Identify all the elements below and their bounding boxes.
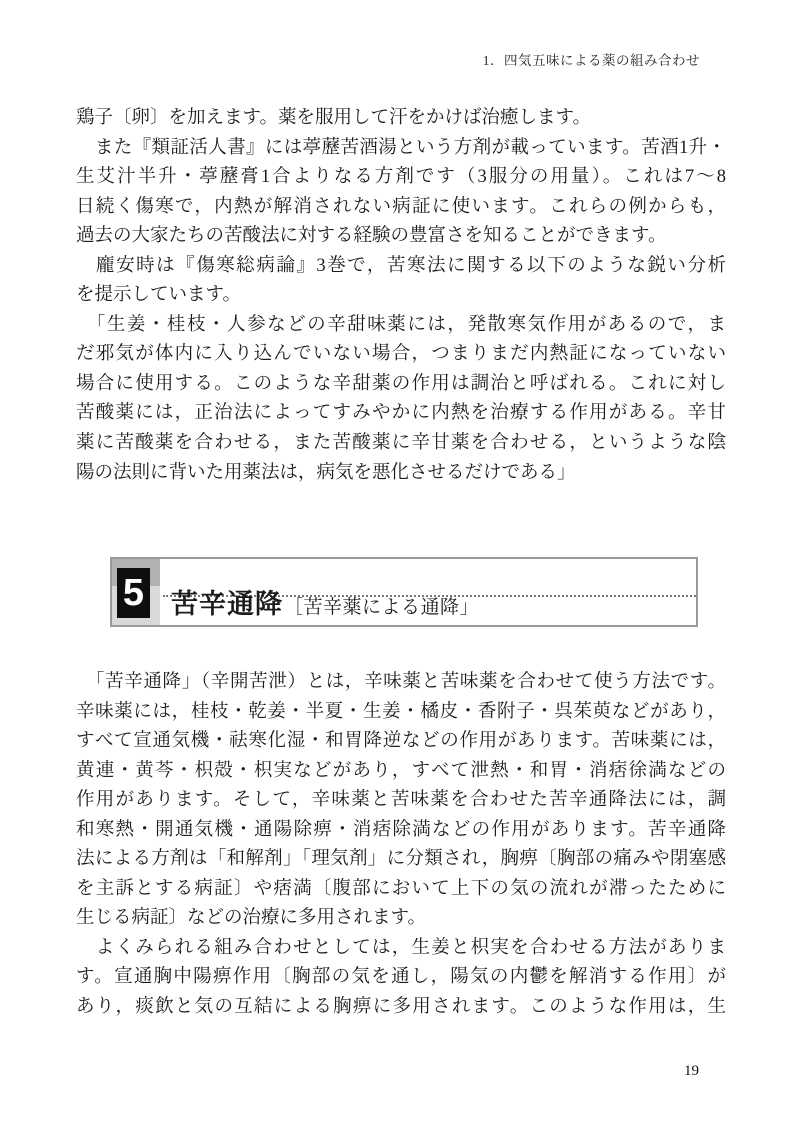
body-paragraph-block-2: 「苦辛通降」（辛開苦泄）とは，辛味薬と苦味薬を合わせて使う方法です。辛味薬には，… xyxy=(76,668,726,1023)
page-number: 19 xyxy=(684,1063,699,1080)
text-line: 「苦辛通降」（辛開苦泄）とは，辛味薬と苦味薬を合わせて使う方法です。 xyxy=(76,668,726,698)
text-line: 黄連・黄芩・枳殻・枳実などがあり，すべて泄熱・和胃・消痞徐満などの xyxy=(76,757,726,787)
text-line: あり，痰飲と気の互結による胸痹に多用されます。このような作用は，生 xyxy=(76,993,726,1023)
section-title-row: 苦辛通降［苦辛薬による通降」 xyxy=(171,582,479,621)
text-line: 生じる病証〕などの治療に多用されます。 xyxy=(76,904,726,934)
text-line: 「生姜・桂枝・人参などの辛甜味薬には，発散寒気作用があるので，ま xyxy=(76,311,726,341)
text-line: すべて宣通気機・祛寒化湿・和胃降逆などの作用があります。苦味薬には， xyxy=(76,727,726,757)
text-line: 過去の大家たちの苦酸法に対する経験の豊富さを知ることができます。 xyxy=(76,222,726,252)
section-number-plate: 5 xyxy=(117,568,150,618)
text-line: 和寒熱・開通気機・通陽除痹・消痞除満などの作用があります。苦辛通降 xyxy=(76,816,726,846)
text-line: 龐安時は『傷寒総病論』3巻で，苦寒法に関する以下のような鋭い分析 xyxy=(76,252,726,282)
text-line: を提示しています。 xyxy=(76,281,726,311)
text-line: 鶏子〔卵〕を加えます。薬を服用して汗をかけば治癒します。 xyxy=(76,104,726,134)
text-line: だ邪気が体内に入り込んでいない場合，つまりまだ内熱証になっていない xyxy=(76,340,726,370)
section-subtitle: ［苦辛薬による通降」 xyxy=(284,597,479,618)
book-page: 1．四気五味による薬の組み合わせ 鶏子〔卵〕を加えます。薬を服用して汗をかけば治… xyxy=(0,0,800,1135)
text-line: 生艾汁半升・葶藶膏1合よりなる方剤です（3服分の用量）。これは7～8 xyxy=(76,163,726,193)
text-line: 苦酸薬には，正治法によってすみやかに内熱を治療する作用がある。辛甘 xyxy=(76,399,726,429)
text-line: 法による方剤は「和解剤」「理気剤」に分類され，胸痹〔胸部の痛みや閉塞感 xyxy=(76,845,726,875)
text-line: 作用があります。そして，辛味薬と苦味薬を合わせた苦辛通降法には，調 xyxy=(76,786,726,816)
text-line: を主訴とする病証〕や痞満〔腹部において上下の気の流れが滞ったために xyxy=(76,875,726,905)
text-line: 薬に苦酸薬を合わせる，また苦酸薬に辛甘薬を合わせる，というような陰 xyxy=(76,429,726,459)
section-heading-banner: 5 苦辛通降［苦辛薬による通降」 xyxy=(110,557,698,627)
text-line: また『類証活人書』には葶藶苦酒湯という方剤が載っています。苦酒1升・ xyxy=(76,134,726,164)
text-line: よくみられる組み合わせとしては，生姜と枳実を合わせる方法がありま xyxy=(76,934,726,964)
text-line: 陽の法則に背いた用薬法は，病気を悪化させるだけである」 xyxy=(76,459,726,489)
section-title: 苦辛通降 xyxy=(171,589,283,619)
text-line: 辛味薬には，桂枝・乾姜・半夏・生姜・橘皮・香附子・呉茱萸などがあり， xyxy=(76,698,726,728)
running-header: 1．四気五味による薬の組み合わせ xyxy=(76,49,700,69)
text-line: 場合に使用する。このような辛甜薬の作用は調治と呼ばれる。これに対し xyxy=(76,370,726,400)
text-line: す。宣通胸中陽痹作用〔胸部の気を通し，陽気の内鬱を解消する作用〕が xyxy=(76,963,726,993)
text-line: 日続く傷寒で，内熱が解消されない病証に使います。これらの例からも， xyxy=(76,193,726,223)
body-paragraph-block-1: 鶏子〔卵〕を加えます。薬を服用して汗をかけば治癒します。 また『類証活人書』には… xyxy=(76,104,726,488)
